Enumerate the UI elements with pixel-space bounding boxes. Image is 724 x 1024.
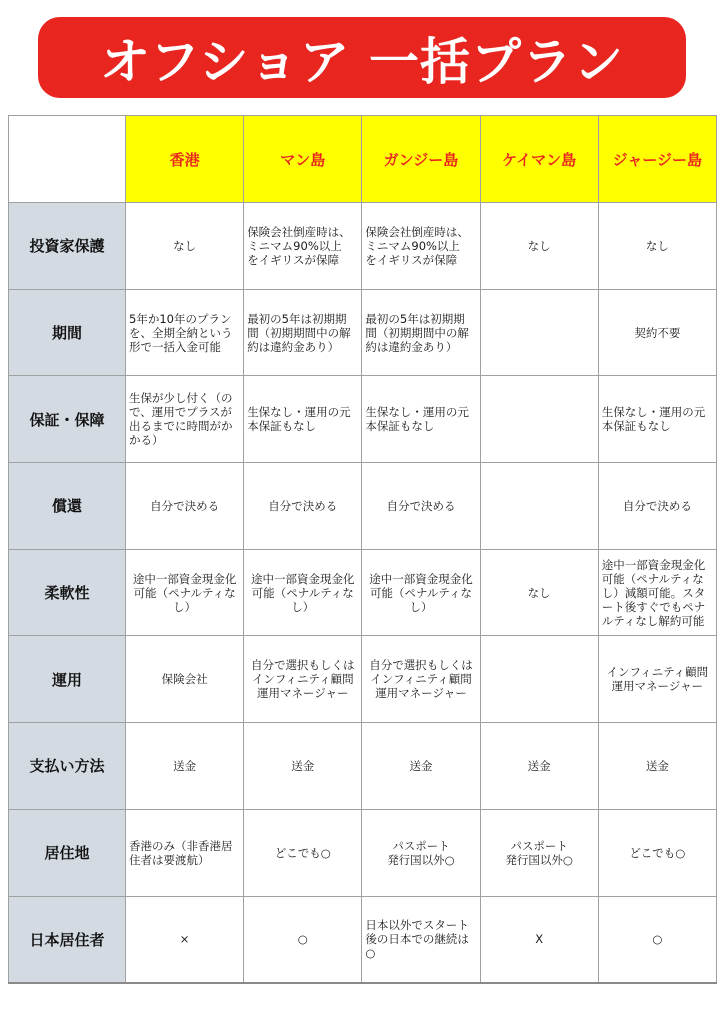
- table-row: 柔軟性 途中一部資金現金化 可能（ペナルティな し） 途中一部資金現金化 可能（…: [9, 549, 717, 636]
- column-header-jersey: ジャージー島: [598, 116, 716, 203]
- table-cell: インフィニティ顧問 運用マネージャー: [598, 636, 716, 723]
- table-cell: ○: [244, 896, 362, 983]
- table-cell: 途中一部資金現金化 可能（ペナルティな し）減額可能。スタ ート後すぐでもペナ …: [598, 549, 716, 636]
- table-cell: [480, 376, 598, 463]
- table-cell: 自分で選択もしくは インフィニティ顧問 運用マネージャー: [362, 636, 480, 723]
- table-cell: 香港のみ（非香港居 住者は要渡航）: [126, 809, 244, 896]
- row-label-management: 運用: [9, 636, 126, 723]
- table-cell: 契約不要: [598, 289, 716, 376]
- row-label-japan-resident: 日本居住者: [9, 896, 126, 983]
- row-label-period: 期間: [9, 289, 126, 376]
- table-cell: [480, 636, 598, 723]
- table-cell: 保険会社倒産時は、 ミニマム90%以上 をイギリスが保障: [362, 203, 480, 290]
- table-cell: パスポート 発行国以外○: [362, 809, 480, 896]
- table-row: 償還 自分で決める 自分で決める 自分で決める 自分で決める: [9, 463, 717, 550]
- column-header-cayman: ケイマン島: [480, 116, 598, 203]
- table-cell: 途中一部資金現金化 可能（ペナルティな し）: [244, 549, 362, 636]
- column-header-hong-kong: 香港: [126, 116, 244, 203]
- table-cell: 自分で決める: [362, 463, 480, 550]
- table-cell: 自分で決める: [598, 463, 716, 550]
- row-label-payment-method: 支払い方法: [9, 723, 126, 810]
- table-cell: X: [480, 896, 598, 983]
- table-cell: 最初の5年は初期期 間（初期期間中の解 約は違約金あり）: [362, 289, 480, 376]
- table-cell: なし: [598, 203, 716, 290]
- table-cell: 生保なし・運用の元 本保証もなし: [362, 376, 480, 463]
- table-cell: [480, 289, 598, 376]
- table-cell: どこでも○: [598, 809, 716, 896]
- table-cell: なし: [480, 549, 598, 636]
- table-cell: [480, 463, 598, 550]
- row-label-residence: 居住地: [9, 809, 126, 896]
- table-cell: 途中一部資金現金化 可能（ペナルティな し）: [126, 549, 244, 636]
- row-label-redemption: 償還: [9, 463, 126, 550]
- page-title: オフショア 一括プラン: [100, 22, 624, 94]
- table-cell: 途中一部資金現金化 可能（ペナルティな し）: [362, 549, 480, 636]
- table-cell: 5年か10年のプラン を、全期全納という 形で一括入金可能: [126, 289, 244, 376]
- table-cell: 最初の5年は初期期 間（初期期間中の解 約は違約金あり）: [244, 289, 362, 376]
- table-cell: 生保なし・運用の元 本保証もなし: [244, 376, 362, 463]
- table-cell: 日本以外でスタート 後の日本での継続は ○: [362, 896, 480, 983]
- table-cell: 生保が少し付く（の で、運用でプラスが 出るまでに時間がか かる）: [126, 376, 244, 463]
- row-label-investor-protection: 投資家保護: [9, 203, 126, 290]
- table-row: 日本居住者 × ○ 日本以外でスタート 後の日本での継続は ○ X ○: [9, 896, 717, 983]
- comparison-table: 香港 マン島 ガンジー島 ケイマン島 ジャージー島 投資家保護 なし 保険会社倒…: [8, 115, 717, 984]
- table-cell: 送金: [480, 723, 598, 810]
- table-cell: 自分で決める: [126, 463, 244, 550]
- table-cell: ○: [598, 896, 716, 983]
- header-row: 香港 マン島 ガンジー島 ケイマン島 ジャージー島: [9, 116, 717, 203]
- table-cell: 自分で決める: [244, 463, 362, 550]
- table-cell: 生保なし・運用の元 本保証もなし: [598, 376, 716, 463]
- row-label-flexibility: 柔軟性: [9, 549, 126, 636]
- table-cell: 保険会社倒産時は、 ミニマム90%以上 をイギリスが保障: [244, 203, 362, 290]
- table-cell: ×: [126, 896, 244, 983]
- title-banner: オフショア 一括プラン: [38, 17, 686, 98]
- table-cell: 保険会社: [126, 636, 244, 723]
- column-header-isle-of-man: マン島: [244, 116, 362, 203]
- corner-cell: [9, 116, 126, 203]
- row-label-guarantee: 保証・保障: [9, 376, 126, 463]
- table-cell: 送金: [362, 723, 480, 810]
- column-header-guernsey: ガンジー島: [362, 116, 480, 203]
- table-row: 期間 5年か10年のプラン を、全期全納という 形で一括入金可能 最初の5年は初…: [9, 289, 717, 376]
- table-row: 運用 保険会社 自分で選択もしくは インフィニティ顧問 運用マネージャー 自分で…: [9, 636, 717, 723]
- table-cell: 自分で選択もしくは インフィニティ顧問 運用マネージャー: [244, 636, 362, 723]
- table-cell: 送金: [598, 723, 716, 810]
- table-row: 保証・保障 生保が少し付く（の で、運用でプラスが 出るまでに時間がか かる） …: [9, 376, 717, 463]
- table-cell: なし: [126, 203, 244, 290]
- table-cell: なし: [480, 203, 598, 290]
- table-cell: どこでも○: [244, 809, 362, 896]
- table-row: 投資家保護 なし 保険会社倒産時は、 ミニマム90%以上 をイギリスが保障 保険…: [9, 203, 717, 290]
- table-row: 居住地 香港のみ（非香港居 住者は要渡航） どこでも○ パスポート 発行国以外○…: [9, 809, 717, 896]
- table-cell: 送金: [126, 723, 244, 810]
- table-cell: 送金: [244, 723, 362, 810]
- table-cell: パスポート 発行国以外○: [480, 809, 598, 896]
- table-row: 支払い方法 送金 送金 送金 送金 送金: [9, 723, 717, 810]
